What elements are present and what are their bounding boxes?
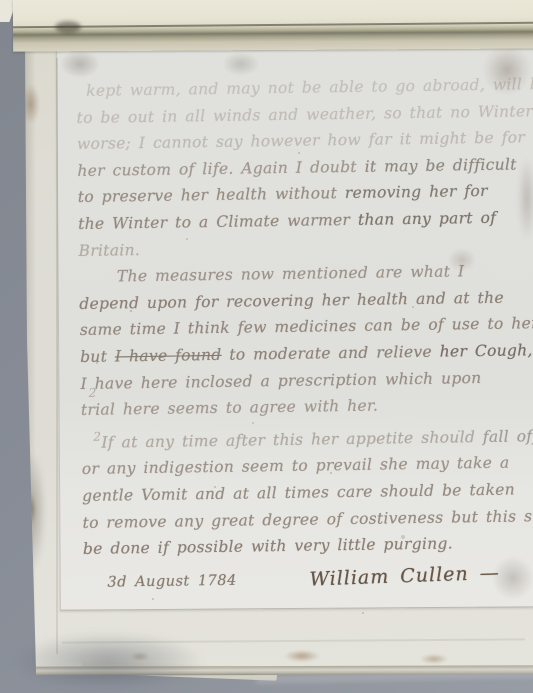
dateline: 3d August 1784 <box>107 572 237 590</box>
page-gutter-shadow <box>22 40 36 670</box>
edge-stain <box>420 654 448 664</box>
ink-smudge <box>60 50 100 78</box>
margin-ink-mark: 2 <box>93 430 101 444</box>
manuscript-photo: kept warm, and may not be able to go abr… <box>0 0 533 693</box>
page-crease-line <box>13 22 533 29</box>
manuscript-line: be done if possible with very little pur… <box>83 529 533 562</box>
edge-stain <box>284 650 320 662</box>
vertical-fold-crease <box>56 58 58 654</box>
page-bottom-shadow <box>14 632 204 690</box>
edge-stain <box>22 84 40 124</box>
ink-smudge <box>222 52 260 76</box>
crease-dark-notch <box>55 21 81 33</box>
album-page: kept warm, and may not be able to go abr… <box>0 0 533 693</box>
margin-ink-mark: 2 <box>89 386 97 400</box>
previous-page-edge <box>13 0 533 52</box>
manuscript-line: trial here seems to agree with her. <box>81 390 533 423</box>
letter-body: kept warm, and may not be able to go abr… <box>76 71 533 591</box>
edge-stain <box>24 492 36 526</box>
